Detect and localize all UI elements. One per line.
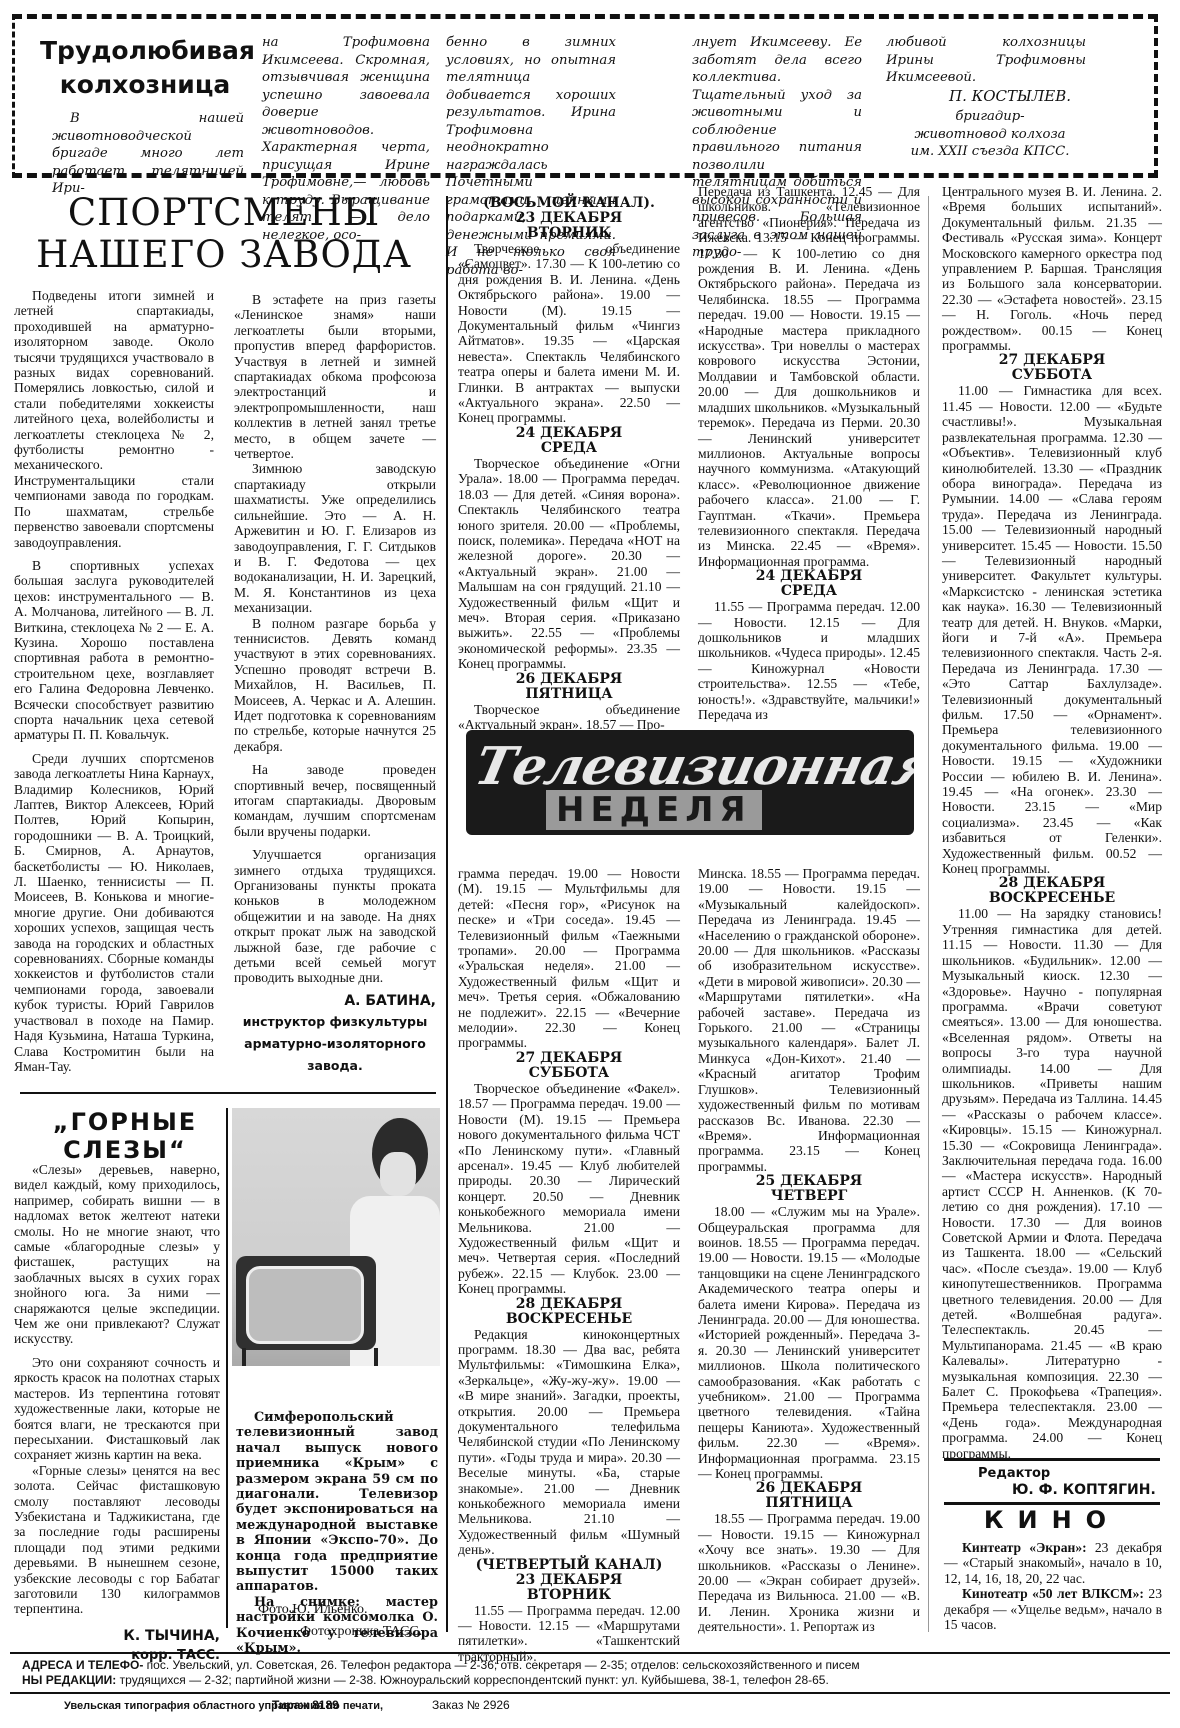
day-heading: ЧЕТВЕРГ xyxy=(698,1189,920,1204)
tv-week-logo: Телевизионная НЕДЕЛЯ xyxy=(466,730,914,835)
top-article-col5: любивой колхозницы Ирины Трофимовны Иким… xyxy=(886,34,1086,87)
photo-agency: Фотохроника ТАСС. xyxy=(300,1624,422,1640)
day-heading: 24 ДЕКАБРЯ xyxy=(458,426,680,441)
day-heading: 23 ДЕКАБРЯ xyxy=(458,1573,680,1588)
paragraph: Симферопольский телевизионный завод нача… xyxy=(236,1410,438,1595)
day-heading: ПЯТНИЦА xyxy=(698,1496,920,1511)
day-heading: ВОСКРЕСЕНЬЕ xyxy=(942,891,1162,906)
photo-credit: Фото Ю. Ильенко. xyxy=(258,1602,367,1618)
paragraph: Подведены итоги зимней и летней спартаки… xyxy=(14,288,214,550)
divider xyxy=(20,1092,436,1094)
divider xyxy=(944,1458,1160,1461)
sports-left-column: Подведены итоги зимней и летней спартаки… xyxy=(14,288,214,1074)
divider xyxy=(944,1502,1160,1505)
day-heading: ВОСКРЕСЕНЬЕ xyxy=(458,1312,680,1327)
footer-divider xyxy=(10,1692,1170,1694)
program-listing: 11.00 — Гимнастика для всех. 11.45 — Нов… xyxy=(942,383,1162,876)
program-listing: Творческое объединение «Самоцвет». 17.30… xyxy=(458,241,680,426)
program-listing: 11.55 — Программа передач. 12.00 — Новос… xyxy=(458,1603,680,1665)
gornye-title: „ГОРНЫЕ СЛЕЗЫ“ xyxy=(30,1108,220,1164)
day-heading: 26 ДЕКАБРЯ xyxy=(458,672,680,687)
paragraph: На заводе проведен спортивный вечер, пос… xyxy=(234,762,436,839)
kino-item: Кинотеатр «50 лет ВЛКСМ»: 23 декабря — «… xyxy=(944,1586,1162,1632)
day-heading: СРЕДА xyxy=(458,441,680,456)
footer-address: АДРЕСА И ТЕЛЕФО- пос. Увельский, ул. Сов… xyxy=(22,1658,1172,1688)
sports-author-role: инструктор физкультуры арматурно-изолято… xyxy=(234,1011,436,1077)
day-heading: ВТОРНИК xyxy=(458,1588,680,1603)
day-heading: 23 ДЕКАБРЯ xyxy=(458,211,680,226)
day-heading: (ЧЕТВЕРТЫЙ КАНАЛ) xyxy=(458,1558,680,1573)
day-heading: СУББОТА xyxy=(942,368,1162,383)
paragraph: Это они сохраняют сочность и яркость кра… xyxy=(14,1355,220,1463)
tv-week-logo-script: Телевизионная xyxy=(470,736,914,797)
day-heading: 27 ДЕКАБРЯ xyxy=(942,353,1162,368)
order-number: Заказ № 2926 xyxy=(432,1698,510,1712)
paragraph: В спортивных успехах большая заслуга рук… xyxy=(14,558,214,743)
day-heading: ВТОРНИК xyxy=(458,226,680,241)
day-heading: 28 ДЕКАБРЯ xyxy=(942,876,1162,891)
kino-title: КИНО xyxy=(944,1506,1160,1534)
paragraph: Улучшается организация зимнего отдыха тр… xyxy=(234,847,436,986)
day-heading: (ВОСЬМОЙ КАНАЛ). xyxy=(458,196,680,211)
day-heading: СРЕДА xyxy=(698,584,920,599)
paragraph: В эстафете на приз газеты «Ленинское зна… xyxy=(234,292,436,461)
tv-column-3: Центрального музея В. И. Ленина. 2. «Вре… xyxy=(942,184,1162,1461)
top-article-lead: В нашей животноводческой бригаде много л… xyxy=(52,110,244,198)
tv-column-1-top: (ВОСЬМОЙ КАНАЛ).23 ДЕКАБРЯВТОРНИКТворчес… xyxy=(458,196,680,732)
program-listing: Творческое объединение «Огни Урала». 18.… xyxy=(458,456,680,672)
day-heading: 25 ДЕКАБРЯ xyxy=(698,1174,920,1189)
kino-item: Кинтеатр «Экран»: 23 декабря — «Старый з… xyxy=(944,1540,1162,1586)
top-article-author: П. КОСТЫЛЕВ. xyxy=(930,88,1090,106)
tv-column-2-top: Передача из Ташкента. 12.45 — Для школьн… xyxy=(698,184,920,722)
day-heading: 24 ДЕКАБРЯ xyxy=(698,569,920,584)
program-listing: 18.55 — Программа передач. 19.00 — Новос… xyxy=(698,1511,920,1634)
program-listing: 18.00 — «Служим мы на Урале». Общеуральс… xyxy=(698,1204,920,1481)
photo-caption: Симферопольский телевизионный завод нача… xyxy=(236,1410,438,1657)
column-divider xyxy=(928,196,929,1632)
program-listing: 11.00 — На зарядку становись! Утренняя г… xyxy=(942,906,1162,1461)
top-article-author-role: бригадир-животновод колхоза им. XXII съе… xyxy=(910,108,1070,161)
sports-author: А. БАТИНА, xyxy=(234,994,436,1009)
sports-title: СПОРТСМЕНЫ НАШЕГО ЗАВОДА xyxy=(14,192,434,276)
day-heading: СУББОТА xyxy=(458,1066,680,1081)
program-listing: Творческое объединение «Факел». 18.57 — … xyxy=(458,1081,680,1297)
footer-divider xyxy=(10,1652,1170,1654)
program-listing: Редакция киноконцертных программ. 18.30 … xyxy=(458,1327,680,1558)
paragraph: Зимнюю заводскую спартакиаду открыли шах… xyxy=(234,461,436,615)
day-heading: 27 ДЕКАБРЯ xyxy=(458,1051,680,1066)
program-listing: Центрального музея В. И. Ленина. 2. «Вре… xyxy=(942,184,1162,353)
photo-tv-krym xyxy=(232,1108,440,1366)
paragraph: «Горные слезы» ценятся на вес золота. Се… xyxy=(14,1463,220,1617)
circulation: Тираж 8189 xyxy=(272,1698,339,1712)
program-listing: 11.55 — Программа передач. 12.00 — Новос… xyxy=(698,599,920,722)
tv-week-logo-block: НЕДЕЛЯ xyxy=(546,790,762,830)
editor-label: Редактор xyxy=(978,1466,1050,1481)
tv-column-1-bottom: грамма передач. 19.00 — Новости (М). 19.… xyxy=(458,866,680,1664)
sports-right-column: В эстафете на приз газеты «Ленинское зна… xyxy=(234,292,436,1077)
gornye-body: «Слезы» деревьев, наверно, видел каждый,… xyxy=(14,1162,220,1664)
day-heading: 28 ДЕКАБРЯ xyxy=(458,1297,680,1312)
day-heading: 26 ДЕКАБРЯ xyxy=(698,1481,920,1496)
program-listing: Минска. 18.55 — Программа передач. 19.00… xyxy=(698,866,920,1174)
tv-column-2-bottom: Минска. 18.55 — Программа передач. 19.00… xyxy=(698,866,920,1635)
column-divider xyxy=(226,1108,228,1628)
gornye-author: К. ТЫЧИНА, xyxy=(14,1629,220,1644)
program-listing: Творческое объединение «Актуальный экран… xyxy=(458,702,680,733)
top-article-title: Трудолюбивая колхозница xyxy=(40,34,250,102)
paragraph: «Слезы» деревьев, наверно, видел каждый,… xyxy=(14,1162,220,1347)
program-listing: Передача из Ташкента. 12.45 — Для школьн… xyxy=(698,184,920,569)
paragraph: Среди лучших спортсменов завода легкоатл… xyxy=(14,751,214,1075)
program-listing: грамма передач. 19.00 — Новости (М). 19.… xyxy=(458,866,680,1051)
column-divider xyxy=(446,196,448,1632)
paragraph: В полном разгаре борьба у теннисистов. Д… xyxy=(234,616,436,755)
kino-listing: Кинтеатр «Экран»: 23 декабря — «Старый з… xyxy=(944,1540,1162,1632)
editor-name: Ю. Ф. КОПТЯГИН. xyxy=(1012,1482,1156,1498)
day-heading: ПЯТНИЦА xyxy=(458,687,680,702)
